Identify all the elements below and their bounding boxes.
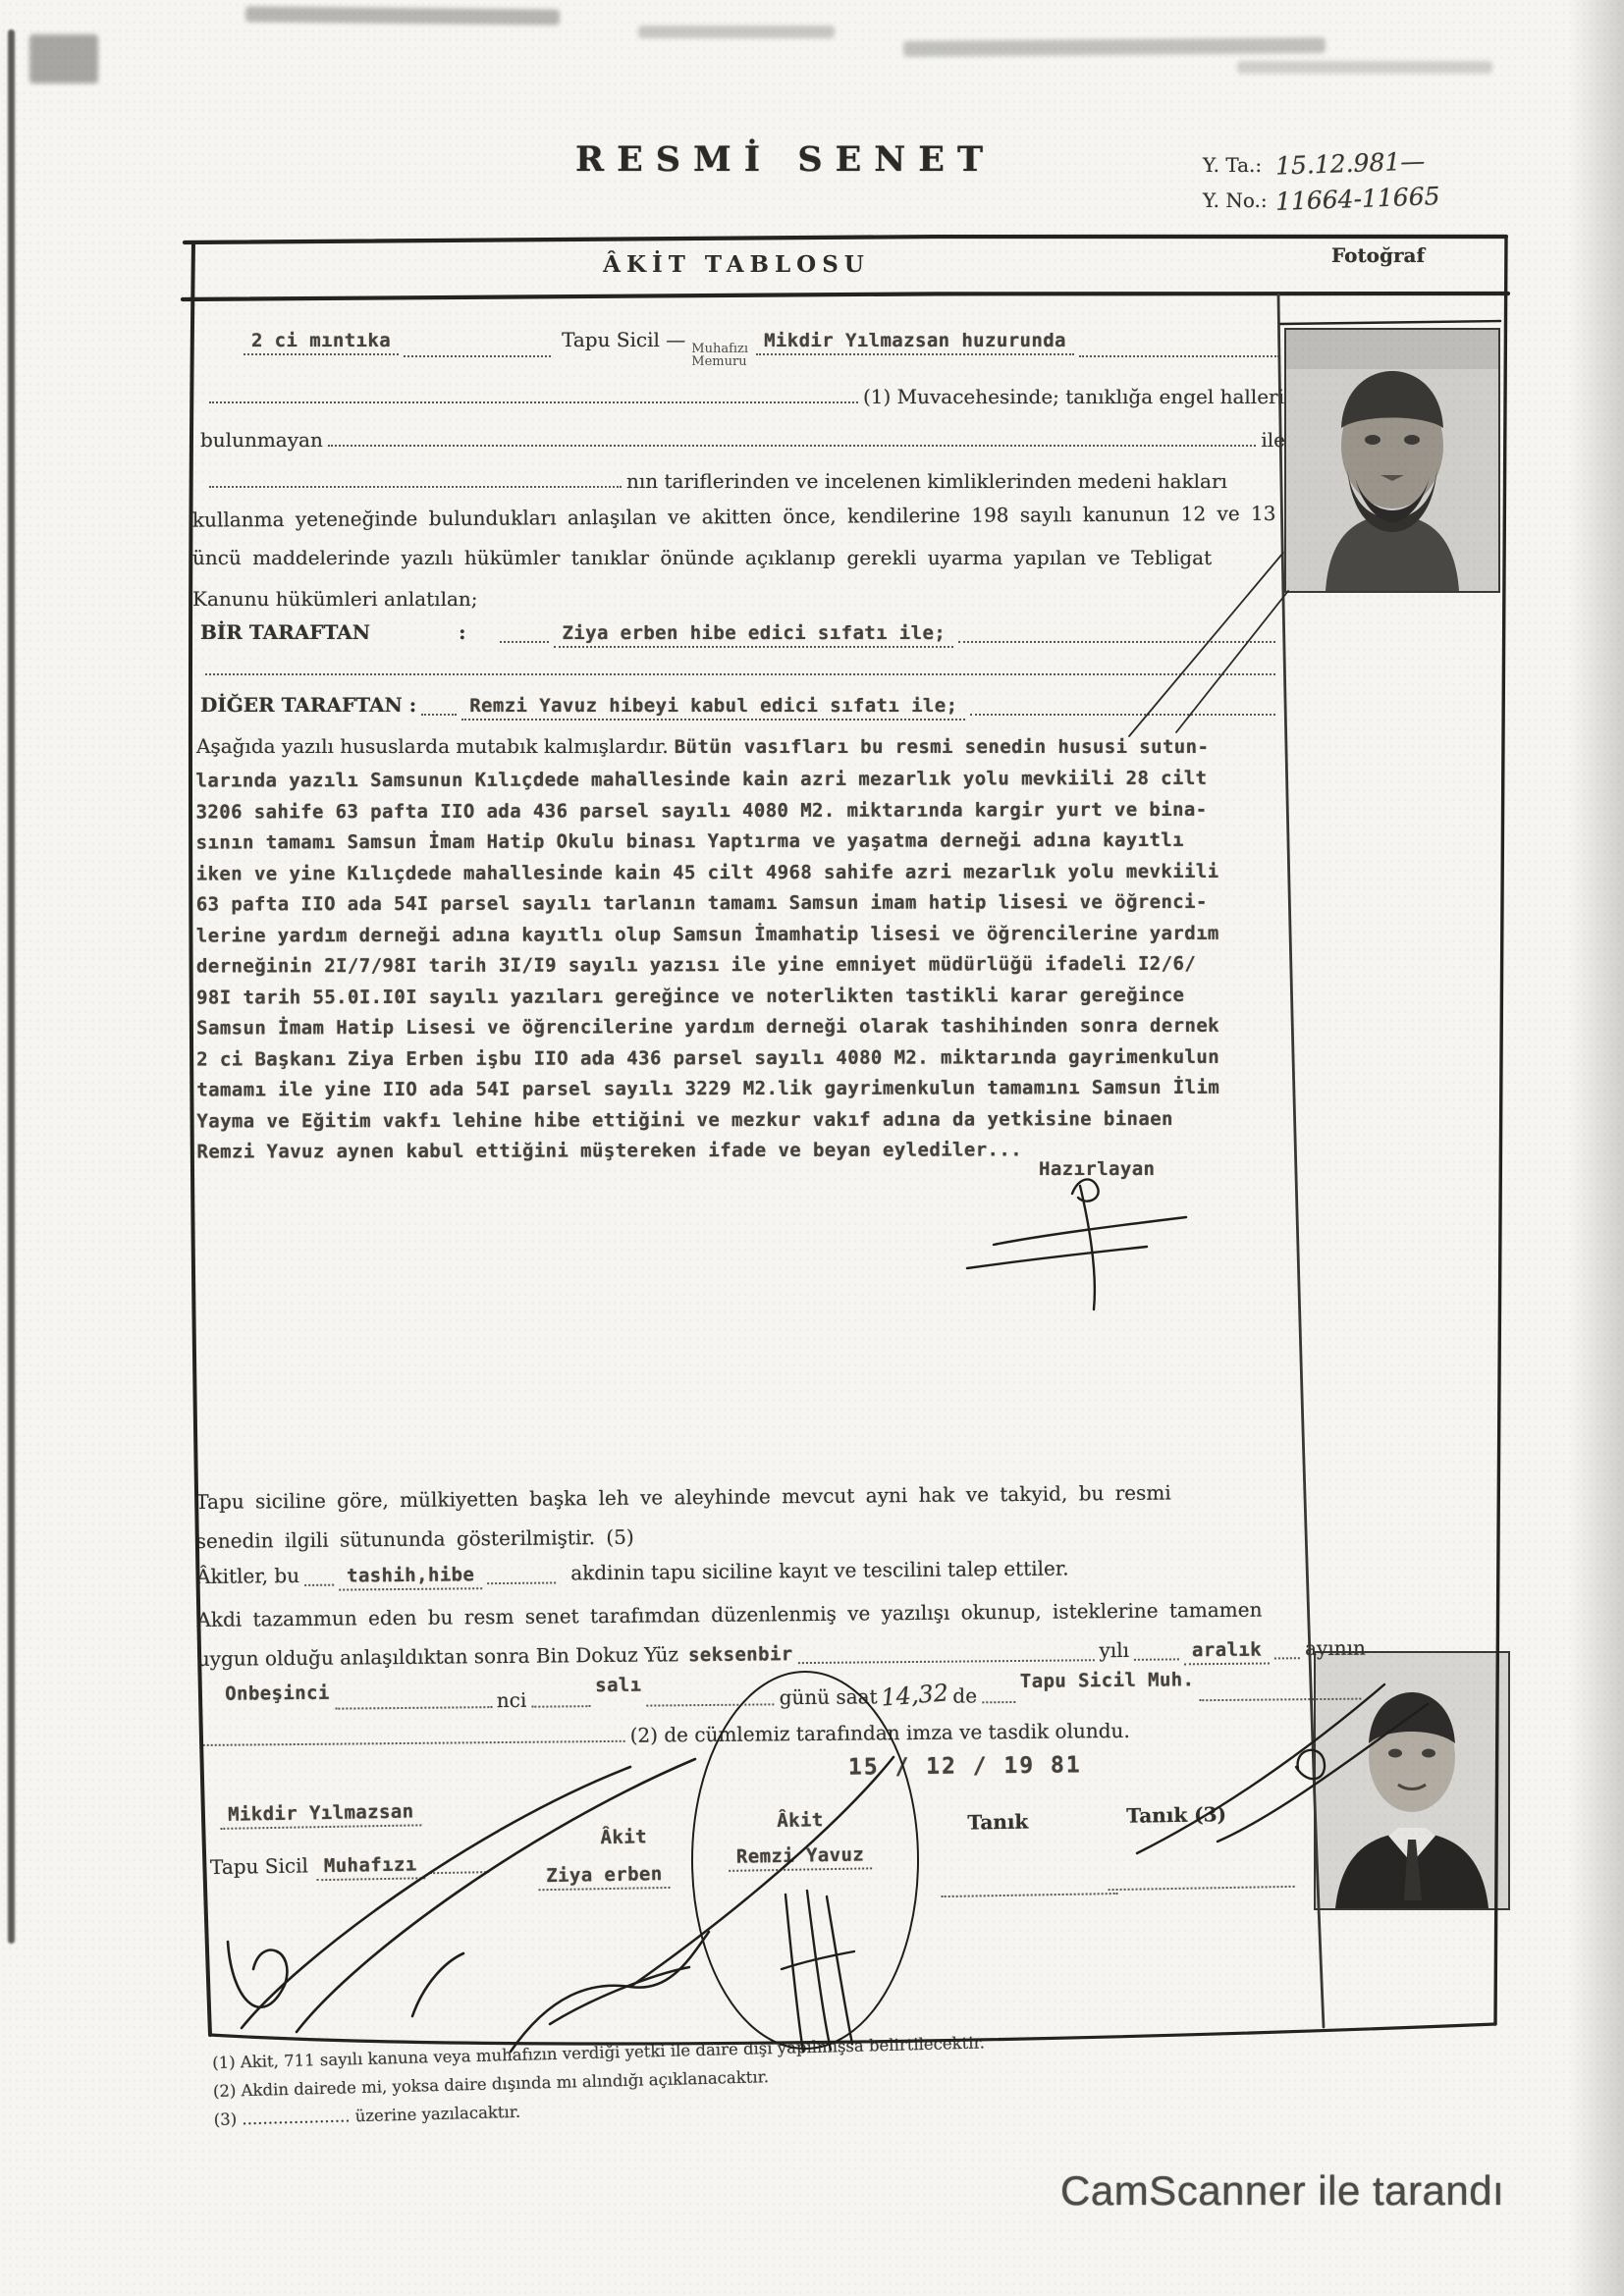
akit2-label: Âkit [777,1809,824,1832]
witness2-line [1109,1886,1295,1891]
registrar-title-fill: Muhafızı [316,1853,425,1881]
witness2-label: Tanık (3) [1126,1802,1226,1828]
witness1-label: Tanık [967,1810,1028,1835]
scanned-document-page: RESMİ SENET Y. Ta.: 15.12.981— Y. No.: 1… [0,0,1624,2296]
akit1-name: Ziya erben [538,1863,671,1891]
registrar-title-row: Tapu Sicil Muhafızı [210,1849,534,1883]
akit2-name: Remzi Yavuz [729,1843,873,1872]
scanner-credit: CamScanner ile tarandı [1060,2167,1504,2215]
signature-block: Mikdir Yılmazsan Tapu Sicil Muhafızı Âki… [0,0,1624,2296]
witness1-line [942,1893,1118,1897]
registrar-signature-name: Mikdir Yılmazsan [220,1800,422,1830]
registrar-title-pre: Tapu Sicil [210,1853,308,1879]
akit1-label: Âkit [600,1826,647,1848]
